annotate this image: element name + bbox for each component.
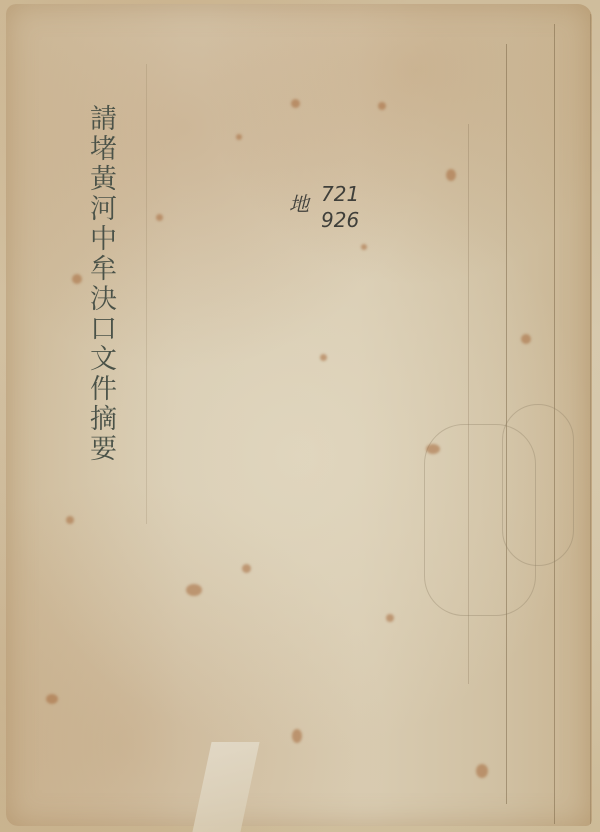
call-number-line1: 721 — [321, 182, 359, 206]
stain-spot — [292, 729, 302, 743]
stain-spot — [476, 764, 488, 778]
stain-spot — [156, 214, 163, 221]
stain-spot — [378, 102, 386, 110]
call-number-prefix: 地 — [289, 188, 309, 217]
document-scan: 請堵黃河中牟決口文件摘要 地 721 926 — [0, 0, 600, 832]
stain-spot — [46, 694, 58, 704]
call-number-line2: 926 — [321, 208, 359, 232]
book-cover: 請堵黃河中牟決口文件摘要 地 721 926 — [6, 4, 592, 826]
stain-spot — [66, 516, 74, 524]
stain-spot — [291, 99, 300, 108]
stain-spot — [446, 169, 456, 181]
binding-line — [590, 14, 591, 824]
stain-spot — [521, 334, 531, 344]
crease-line — [146, 64, 147, 524]
handwritten-title: 請堵黃河中牟決口文件摘要 — [82, 104, 118, 464]
stain-spot — [386, 614, 394, 622]
stain-spot — [242, 564, 251, 573]
stain-spot — [72, 274, 82, 284]
fold-impression — [502, 404, 574, 566]
stain-spot — [320, 354, 327, 361]
stain-spot — [186, 584, 202, 596]
stain-spot — [236, 134, 242, 140]
stain-spot — [426, 444, 440, 454]
stain-spot — [361, 244, 367, 250]
torn-paper-patch — [192, 742, 259, 832]
